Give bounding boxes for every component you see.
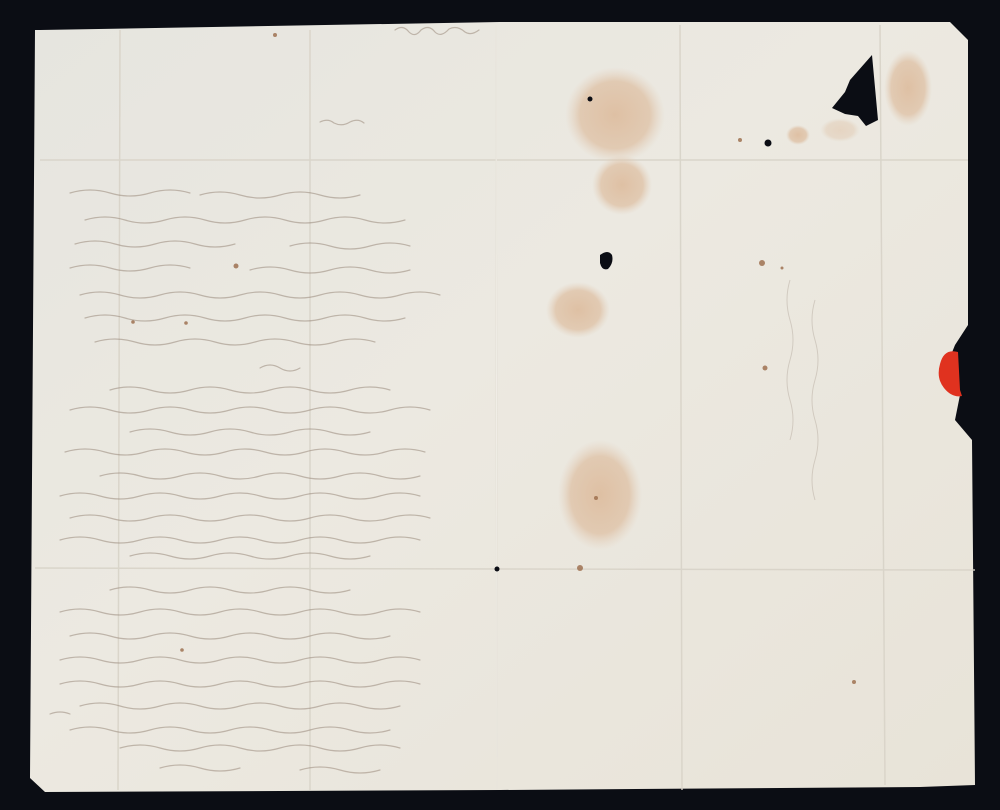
letter-scan: folded handwritten letter, opened flat, … [0,0,1000,810]
small-hole-top [588,97,593,102]
small-hole-right [765,140,772,147]
letter-paper [0,0,1000,810]
